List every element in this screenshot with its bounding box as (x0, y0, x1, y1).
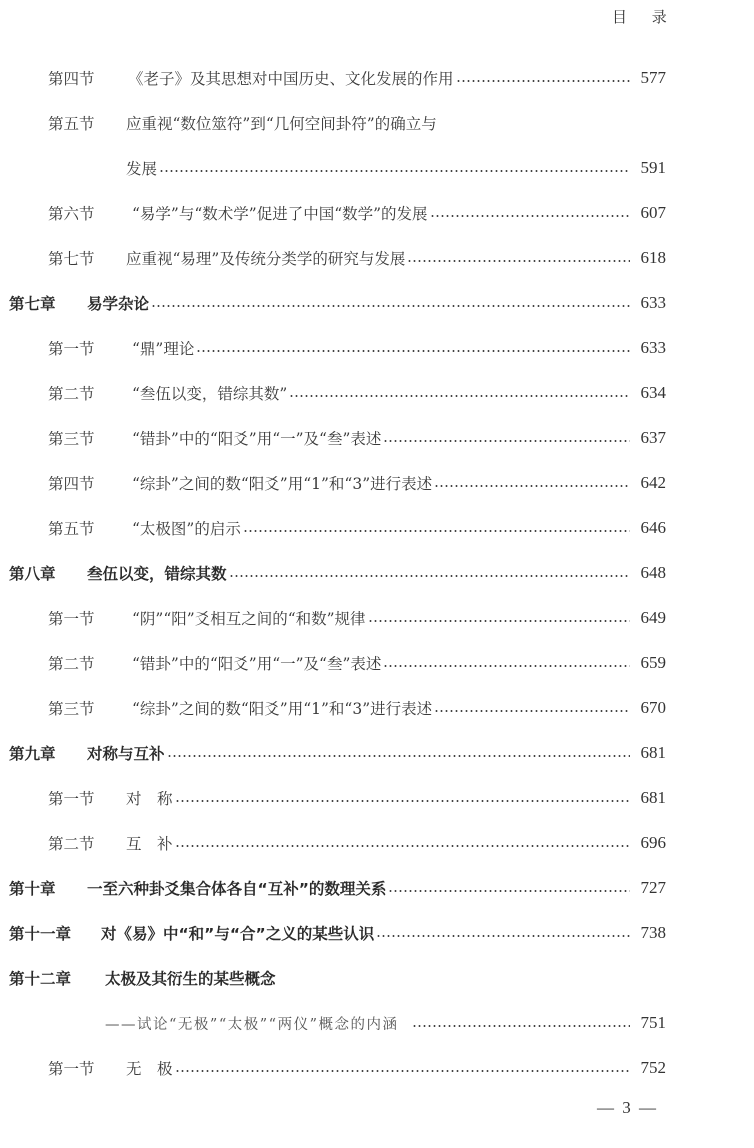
entry-page: 607 (636, 203, 666, 223)
dot-leader (243, 515, 630, 541)
dot-leader (175, 1055, 630, 1081)
toc-entry[interactable]: 第一节 无 极 752 (48, 1055, 666, 1081)
toc-entry[interactable]: 第六节 “易学”与“数术学”促进了中国“数学”的发展 607 (48, 200, 666, 226)
dot-leader (434, 470, 630, 496)
entry-page: 659 (636, 653, 666, 673)
entry-title: “易学”与“数术学”促进了中国“数学”的发展 (132, 202, 428, 224)
dot-leader (383, 650, 630, 676)
chapter-title: 对《易》中“和”与“合”之义的某些认识 (101, 922, 374, 944)
entry-title: 对 称 (126, 787, 173, 809)
entry-page: 637 (636, 428, 666, 448)
entry-title: 发展 (126, 157, 157, 179)
entry-title: “鼎”理论 (132, 337, 194, 359)
toc-entry[interactable]: 第七节 应重视“易理”及传统分类学的研究与发展 618 (48, 245, 666, 271)
entry-number: 第二节 (48, 382, 132, 404)
entry-page: 633 (636, 293, 666, 313)
entry-number: 第二节 (48, 832, 126, 854)
dot-leader (196, 335, 630, 361)
chapter-title: 叁伍以变，错综其数 (87, 562, 227, 584)
entry-title: 无 极 (126, 1057, 173, 1079)
entry-page: 738 (636, 923, 666, 943)
entry-number: 第六节 (48, 202, 132, 224)
entry-number: 第三节 (48, 427, 132, 449)
entry-number: 第四节 (48, 67, 128, 89)
entry-page: 727 (636, 878, 666, 898)
entry-page: 642 (636, 473, 666, 493)
chapter-number: 第七章 (9, 292, 87, 314)
dot-leader (175, 830, 630, 856)
toc-entry-continuation[interactable]: 发展 591 (126, 155, 666, 181)
toc-entry[interactable]: 第二节 互 补 696 (48, 830, 666, 856)
toc-entry[interactable]: 第二节 “叁伍以变，错综其数” 634 (48, 380, 666, 406)
entry-page: 681 (636, 788, 666, 808)
entry-number: 第一节 (48, 607, 132, 629)
entry-number: 第七节 (48, 247, 126, 269)
entry-page: 618 (636, 248, 666, 268)
entry-number: 第一节 (48, 787, 126, 809)
dot-leader (229, 560, 630, 586)
entry-number: 第一节 (48, 337, 132, 359)
chapter-title: 易学杂论 (87, 292, 149, 314)
chapter-title: 太极及其衍生的某些概念 (105, 967, 276, 989)
dot-leader (167, 740, 630, 766)
entry-number: 第一节 (48, 1057, 126, 1079)
entry-title: 互 补 (126, 832, 173, 854)
entry-title: “叁伍以变，错综其数” (132, 382, 287, 404)
dot-leader (434, 695, 630, 721)
dot-leader (151, 290, 630, 316)
chapter-number: 第十二章 (9, 967, 105, 989)
dot-leader (430, 200, 630, 226)
dot-leader (175, 785, 630, 811)
dot-leader (456, 65, 630, 91)
chapter-number: 第八章 (9, 562, 87, 584)
toc-chapter[interactable]: 第七章 易学杂论 633 (9, 290, 666, 316)
toc-chapter[interactable]: 第九章 对称与互补 681 (9, 740, 666, 766)
entry-number: 第四节 (48, 472, 132, 494)
entry-number: 第三节 (48, 697, 132, 719)
running-header: 目 录 (612, 6, 677, 27)
entry-page: 670 (636, 698, 666, 718)
entry-page: 591 (636, 158, 666, 178)
entry-number: 第二节 (48, 652, 132, 674)
toc-entry[interactable]: 第四节 《老子》及其思想对中国历史、文化发展的作用 577 (48, 65, 666, 91)
dot-leader (159, 155, 630, 181)
entry-title: 应重视“数位筮符”到“几何空间卦符”的确立与 (126, 112, 437, 134)
dot-leader (407, 245, 630, 271)
dot-leader (383, 425, 630, 451)
entry-page: 634 (636, 383, 666, 403)
chapter-title: 对称与互补 (87, 742, 165, 764)
entry-page: 696 (636, 833, 666, 853)
toc-chapter[interactable]: 第十章 一至六种卦爻集合体各自“互补”的数理关系 727 (9, 875, 666, 901)
entry-page: 752 (636, 1058, 666, 1078)
chapter-number: 第十一章 (9, 922, 101, 944)
dot-leader (376, 920, 630, 946)
toc-chapter[interactable]: 第八章 叁伍以变，错综其数 648 (9, 560, 666, 586)
subtitle-text: ——试论“无极”“太极”“两仪”概念的内涵 (105, 1013, 398, 1034)
toc-entry[interactable]: 第一节 “鼎”理论 633 (48, 335, 666, 361)
toc-chapter-subtitle[interactable]: ——试论“无极”“太极”“两仪”概念的内涵 751 (105, 1010, 666, 1036)
entry-title: “阴”“阳”爻相互之间的“和数”规律 (132, 607, 366, 629)
entry-number: 第五节 (48, 517, 132, 539)
entry-title: “综卦”之间的数“阳爻”用“1”和“3”进行表述 (132, 472, 432, 494)
chapter-title: 一至六种卦爻集合体各自“互补”的数理关系 (87, 877, 386, 899)
dot-leader (368, 605, 630, 631)
entry-title: “错卦”中的“阳爻”用“一”及“叁”表述 (132, 652, 381, 674)
toc-entry[interactable]: 第一节 “阴”“阳”爻相互之间的“和数”规律 649 (48, 605, 666, 631)
dot-leader (289, 380, 630, 406)
entry-title: “太极图”的启示 (132, 517, 241, 539)
page-number: — 3 — (597, 1098, 658, 1118)
dot-leader (388, 875, 630, 901)
dot-leader (412, 1010, 630, 1036)
entry-title: “综卦”之间的数“阳爻”用“1”和“3”进行表述 (132, 697, 432, 719)
toc-entry[interactable]: 第二节 “错卦”中的“阳爻”用“一”及“叁”表述 659 (48, 650, 666, 676)
entry-page: 648 (636, 563, 666, 583)
entry-page: 577 (636, 68, 666, 88)
entry-title: 应重视“易理”及传统分类学的研究与发展 (126, 247, 405, 269)
entry-page: 649 (636, 608, 666, 628)
entry-number: 第五节 (48, 112, 126, 134)
toc-entry[interactable]: 第一节 对 称 681 (48, 785, 666, 811)
toc-entry[interactable]: 第五节 “太极图”的启示 646 (48, 515, 666, 541)
entry-title: 《老子》及其思想对中国历史、文化发展的作用 (128, 67, 454, 89)
toc-chapter[interactable]: 第十一章 对《易》中“和”与“合”之义的某些认识 738 (9, 920, 666, 946)
toc-entry[interactable]: 第五节 应重视“数位筮符”到“几何空间卦符”的确立与 (48, 110, 666, 136)
toc-chapter[interactable]: 第十二章 太极及其衍生的某些概念 (9, 965, 666, 991)
entry-page: 633 (636, 338, 666, 358)
chapter-number: 第九章 (9, 742, 87, 764)
entry-page: 681 (636, 743, 666, 763)
entry-page: 751 (636, 1013, 666, 1033)
toc-entry[interactable]: 第三节 “错卦”中的“阳爻”用“一”及“叁”表述 637 (48, 425, 666, 451)
entry-title: “错卦”中的“阳爻”用“一”及“叁”表述 (132, 427, 381, 449)
toc-entry[interactable]: 第三节 “综卦”之间的数“阳爻”用“1”和“3”进行表述 670 (48, 695, 666, 721)
toc-entry[interactable]: 第四节 “综卦”之间的数“阳爻”用“1”和“3”进行表述 642 (48, 470, 666, 496)
entry-page: 646 (636, 518, 666, 538)
chapter-number: 第十章 (9, 877, 87, 899)
